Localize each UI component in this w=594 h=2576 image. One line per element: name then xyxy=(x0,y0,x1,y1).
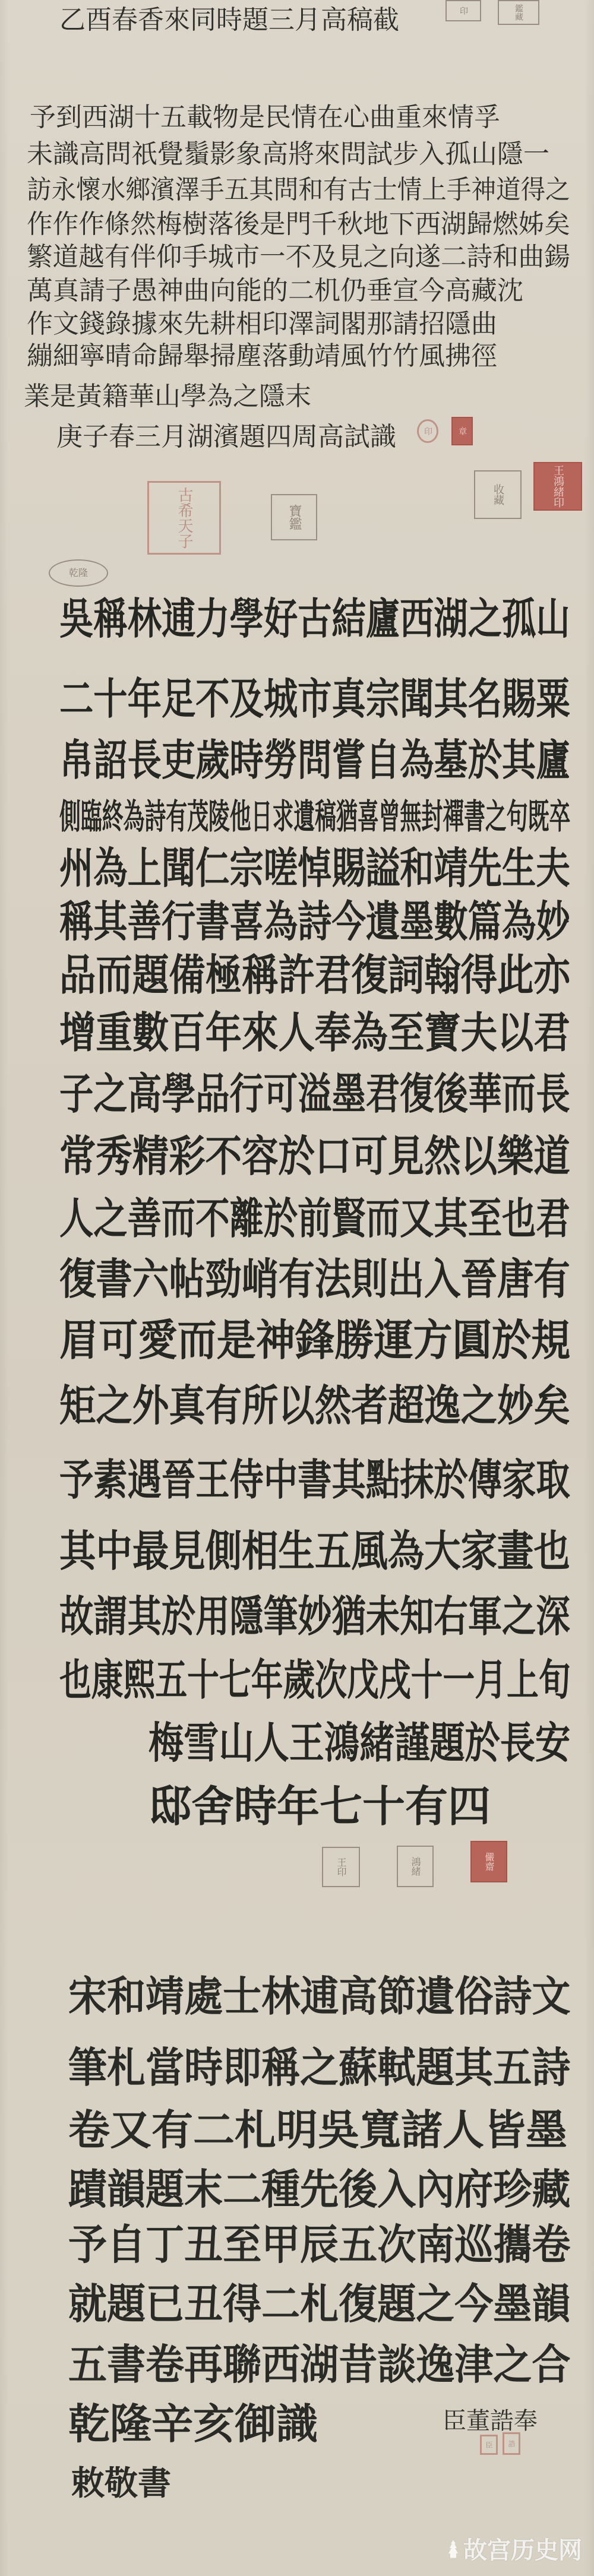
seal-signature-round: 印 xyxy=(417,419,438,443)
seal-large-2: 寶鑑 xyxy=(271,494,317,540)
colophon-1-header: 乙酉春香來同時題三月高稿截 xyxy=(59,4,399,37)
seal-row-3: 儼齋 xyxy=(470,1841,507,1882)
colophon-2-line-17: 故謂其於用隱筆妙猶未知右軍之深 xyxy=(59,1591,570,1641)
colophon-2-line-10: 常秀精彩不容於口可見然以樂道 xyxy=(59,1131,570,1181)
colophon-1-line-4: 作作作條然梅樹落後是門千秋地下西湖歸燃姊矣 xyxy=(27,208,570,241)
colophon-1-signature: 庚子春三月湖濱題四周高試識 xyxy=(56,420,396,454)
colophon-2-line-7: 品而題備極稱許君復詞翰得此亦 xyxy=(59,950,570,1000)
colophon-2-line-1: 吳稱林逋力學好古結廬西湖之孤山 xyxy=(59,594,570,644)
seal-large-1: 古希天子 xyxy=(147,481,221,555)
colophon-3-line-6: 就題已丑得二札復題之今墨韻 xyxy=(68,2279,570,2329)
colophon-2-line-13: 眉可愛而是神鋒勝運方圓於規 xyxy=(59,1315,570,1365)
colophon-2-line-20: 邸舍時年七十有四 xyxy=(148,1781,491,1831)
colophon-1-line-2: 未識高問祇覺鬚影象高將來問試步入孤山隱一 xyxy=(27,138,549,171)
seal-signature-square: 章 xyxy=(451,417,473,445)
colophon-1-line-9: 業是黃籍華山學為之隱末 xyxy=(24,380,311,413)
colophon-3-line-5: 予自丁丑至甲辰五次南巡攜卷 xyxy=(68,2220,570,2270)
colophon-2-line-14: 矩之外真有所以然者超逸之妙矣 xyxy=(59,1381,570,1431)
colophon-2-line-16: 其中最見側相生五風為大家畫也 xyxy=(59,1526,570,1576)
colophon-3-line-3: 卷又有二札明吳寬諸人皆墨 xyxy=(68,2105,567,2155)
calligraphy-scroll: 乙酉春香來同時題三月高稿截 印 鑑藏 予到西湖十五載物是民情在心曲重來情孚 未識… xyxy=(0,0,594,2576)
seal-large-4: 王鴻緒印 xyxy=(533,462,582,511)
colophon-2-line-9: 子之高學品行可溢墨君復後華而長 xyxy=(59,1069,570,1119)
seal-top-2: 鑑藏 xyxy=(498,0,539,25)
colophon-2-line-11: 人之善而不離於前賢而又其至也君 xyxy=(59,1194,570,1243)
colophon-2-line-19: 梅雪山人王鴻緒謹題於長安 xyxy=(148,1718,570,1768)
colophon-1-line-8: 繃細寧晴命歸舉掃塵落動靖風竹竹風拂徑 xyxy=(27,340,497,373)
colophon-2-line-12: 復書六帖勁峭有法則出入晉唐有 xyxy=(59,1254,570,1304)
seal-end-1: 臣 xyxy=(480,2435,498,2455)
colophon-3-line-4: 蹟韻題末二種先後入內府珍藏 xyxy=(68,2164,570,2214)
colophon-2-line-15: 予素遇晉王侍中書其點抹於傳家取 xyxy=(59,1455,570,1505)
seal-large-3: 收藏 xyxy=(474,470,522,519)
colophon-1-line-5: 繁道越有伴仰手城市一不及見之向遂二詩和曲鍚 xyxy=(27,240,570,274)
colophon-2-line-8: 增重數百年來人奉為至寶夫以君 xyxy=(59,1008,570,1058)
colophon-2-line-2: 二十年足不及城市真宗聞其名賜粟 xyxy=(59,674,570,724)
colophon-3-line-2: 筆札當時即稱之蘇軾題其五詩 xyxy=(68,2043,570,2093)
seal-row-2: 鴻緒 xyxy=(397,1846,434,1887)
colophon-2-line-4: 側臨終為詩有茂陵他日求遺稿猶喜曾無封禪書之句既卒 xyxy=(59,792,570,841)
seal-row-1: 王印 xyxy=(322,1847,360,1887)
colophon-1-line-7: 作文錢錄據來先耕相印澤詞閣那請招隱曲 xyxy=(27,308,497,341)
colophon-3-line-8: 乾隆辛亥御識 xyxy=(68,2399,318,2449)
colophon-1-line-6: 萬真請子愚神曲向能的二机仍垂宣今高藏沈 xyxy=(27,274,523,308)
colophon-2-line-3: 帛詔長吏歲時勞問嘗自為墓於其廬 xyxy=(59,735,570,785)
colophon-3-line-7: 五書卷再聯西湖昔談逸津之合 xyxy=(68,2340,570,2390)
colophon-3-closing: 敕敬書 xyxy=(71,2458,171,2508)
colophon-3-line-1: 宋和靖處士林逋高節遺俗詩文 xyxy=(68,1971,570,2021)
seal-oval: 乾隆 xyxy=(49,559,108,587)
site-watermark: 故宫历史网 xyxy=(445,2531,582,2565)
seal-end-2: 誥 xyxy=(503,2432,520,2455)
colophon-2-line-6: 稱其善行書喜為詩今遺墨數篇為妙 xyxy=(59,897,570,947)
seal-top-1: 印 xyxy=(445,0,481,21)
colophon-2-line-5: 州為上聞仁宗嗟悼賜謚和靖先生夫 xyxy=(59,843,570,893)
colophon-2-line-18: 也康熙五十七年歲次戊戌十一月上旬 xyxy=(59,1655,571,1705)
pagoda-icon xyxy=(445,2538,461,2559)
watermark-text: 故宫历史网 xyxy=(463,2531,582,2565)
colophon-1-line-1: 予到西湖十五載物是民情在心曲重來情孚 xyxy=(30,101,500,134)
colophon-1-line-3: 訪永懷水鄉濱澤手五其問和有古士情上手神道得之 xyxy=(27,173,570,207)
